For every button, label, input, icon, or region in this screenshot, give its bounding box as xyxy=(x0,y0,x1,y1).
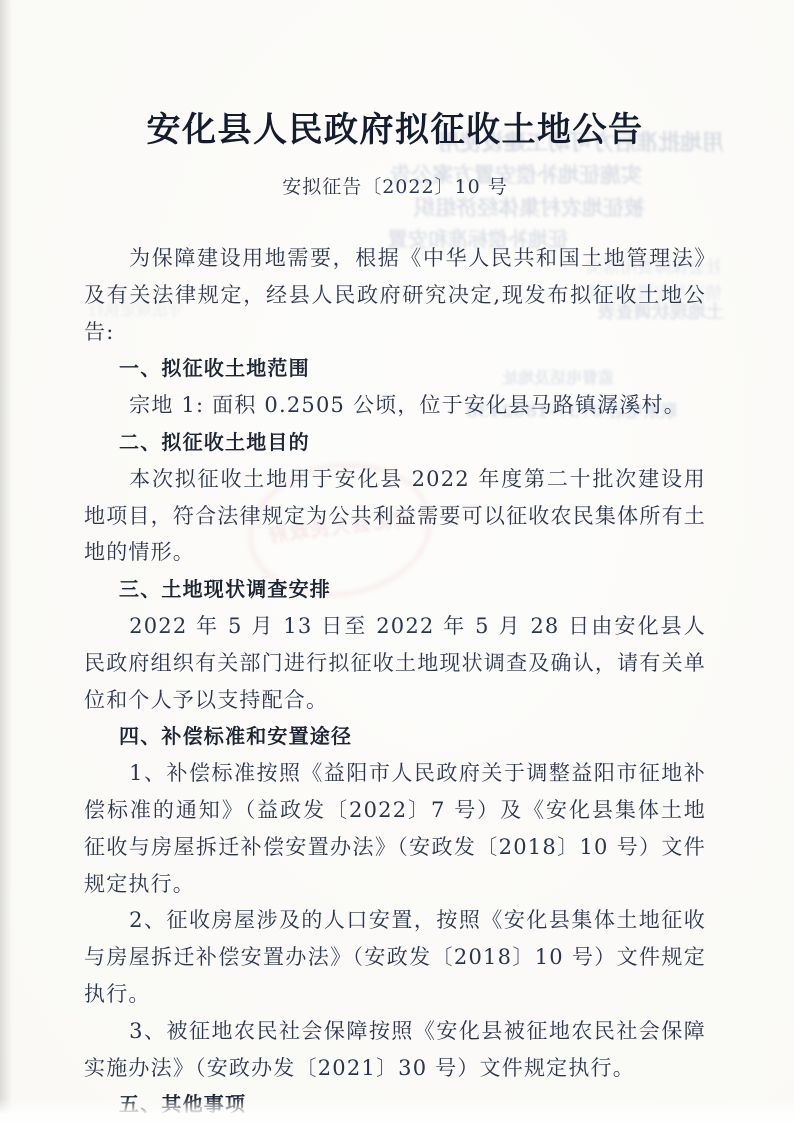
scan-bottom-edge xyxy=(0,1098,794,1122)
scanned-document-page: 用地批准后方可动工建设使用 实施征地补偿安置方案公告 被征地农村集体经济组织 征… xyxy=(0,0,794,1122)
intro-paragraph: 为保障建设用地需要，根据《中华人民共和国土地管理法》及有关法律规定，经县人民政府… xyxy=(84,240,706,350)
section-2-heading: 二、拟征收土地目的 xyxy=(84,424,706,461)
section-2-paragraph-1: 本次拟征收土地用于安化县 2022 年度第二十批次建设用地项目，符合法律规定为公… xyxy=(84,461,706,571)
section-4-paragraph-1: 1、补偿标准按照《益阳市人民政府关于调整益阳市征地补偿标准的通知》（益政发〔20… xyxy=(84,755,706,902)
section-3-paragraph-1: 2022 年 5 月 13 日至 2022 年 5 月 28 日由安化县人民政府… xyxy=(84,608,706,718)
document-content: 安化县人民政府拟征收土地公告 安拟征告〔2022〕10 号 为保障建设用地需要，… xyxy=(84,96,706,1122)
section-1-heading: 一、拟征收土地范围 xyxy=(84,350,706,387)
document-title: 安化县人民政府拟征收土地公告 xyxy=(84,108,706,152)
section-4-paragraph-2: 2、征收房屋涉及的人口安置，按照《安化县集体土地征收与房屋拆迁补偿安置办法》（安… xyxy=(84,902,706,1012)
section-4-heading: 四、补偿标准和安置途径 xyxy=(84,718,706,755)
document-number: 安拟征告〔2022〕10 号 xyxy=(84,174,706,200)
document-body: 为保障建设用地需要，根据《中华人民共和国土地管理法》及有关法律规定，经县人民政府… xyxy=(84,240,706,1122)
section-4-paragraph-3: 3、被征地农民社会保障按照《安化县被征地农民社会保障实施办法》（安政办发〔202… xyxy=(84,1013,706,1087)
section-3-heading: 三、土地现状调查安排 xyxy=(84,571,706,608)
section-1-paragraph-1: 宗地 1: 面积 0.2505 公顷，位于安化县马路镇潺溪村。 xyxy=(84,387,706,424)
